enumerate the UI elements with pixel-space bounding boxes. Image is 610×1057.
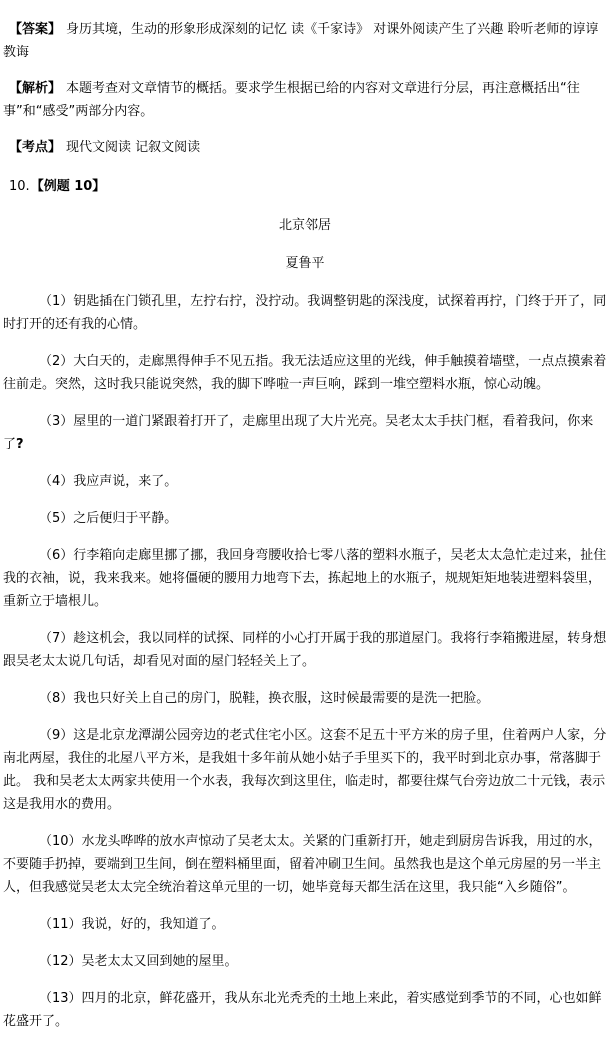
article-paragraph-5: （5）之后便归于平静。: [3, 507, 607, 530]
article-paragraph-3: （3）屋里的一道门紧跟着打开了，走廊里出现了大片光亮。吴老太太手扶门框，看着我问…: [3, 410, 607, 456]
analysis-label: 【解析】: [9, 81, 61, 96]
article-title: 北京邻居: [3, 214, 607, 237]
analysis-line: 【解析】本题考查对文章情节的概括。要求学生根据已给的内容对文章进行分层，再注意概…: [3, 77, 607, 123]
answer-text: 身历其境，生动的形象形成深刻的记忆 读《千家诗》 对课外阅读产生了兴趣 聆听老师…: [3, 22, 598, 60]
exam-point-text: 现代文阅读 记叙文阅读: [66, 140, 200, 155]
exam-point-line: 【考点】现代文阅读 记叙文阅读: [3, 136, 607, 159]
article-author: 夏鲁平: [3, 252, 607, 275]
article-paragraph-12: （12）吴老太太又回到她的屋里。: [3, 950, 607, 973]
document-page: 【答案】身历其境，生动的形象形成深刻的记忆 读《千家诗》 对课外阅读产生了兴趣 …: [0, 0, 610, 1057]
article-paragraph-13: （13）四月的北京，鲜花盛开，我从东北光秃秃的土地上来此，着实感觉到季节的不同，…: [3, 987, 607, 1033]
exam-point-label: 【考点】: [9, 140, 61, 155]
article-paragraph-6: （6）行李箱向走廊里挪了挪，我回身弯腰收拾七零八落的塑料水瓶子，吴老太太急忙走过…: [3, 544, 607, 613]
bold-question-mark: ?: [16, 437, 24, 452]
article-paragraph-4: （4）我应声说，来了。: [3, 470, 607, 493]
article-paragraph-7: （7）趁这机会，我以同样的试探、同样的小心打开属于我的那道屋门。我将行李箱搬进屋…: [3, 627, 607, 673]
example-label: 【例题 10】: [31, 179, 106, 194]
answer-label: 【答案】: [9, 22, 61, 37]
article-paragraph-2: （2）大白天的，走廊黑得伸手不见五指。我无法适应这里的光线，伸手触摸着墙壁，一点…: [3, 350, 607, 396]
example-heading: 10.【例题 10】: [3, 175, 607, 198]
article-paragraph-1: （1）钥匙插在门锁孔里，左拧右拧，没拧动。我调整钥匙的深浅度，试探着再拧，门终于…: [3, 290, 607, 336]
answer-line: 【答案】身历其境，生动的形象形成深刻的记忆 读《千家诗》 对课外阅读产生了兴趣 …: [3, 18, 607, 64]
article-paragraph-11: （11）我说，好的，我知道了。: [3, 913, 607, 936]
article-paragraph-3-text: （3）屋里的一道门紧跟着打开了，走廊里出现了大片光亮。吴老太太手扶门框，看着我问…: [3, 414, 593, 452]
article-paragraph-9: （9）这是北京龙潭湖公园旁边的老式住宅小区。这套不足五十平方米的房子里，住着两户…: [3, 724, 607, 816]
article-paragraph-10: （10）水龙头哗哗的放水声惊动了吴老太太。关紧的门重新打开，她走到厨房告诉我，用…: [3, 830, 607, 899]
example-number: 10.: [9, 179, 30, 194]
article-paragraph-8: （8）我也只好关上自己的房门，脱鞋，换衣服，这时候最需要的是洗一把脸。: [3, 687, 607, 710]
analysis-text: 本题考查对文章情节的概括。要求学生根据已给的内容对文章进行分层，再注意概括出“往…: [3, 81, 580, 119]
